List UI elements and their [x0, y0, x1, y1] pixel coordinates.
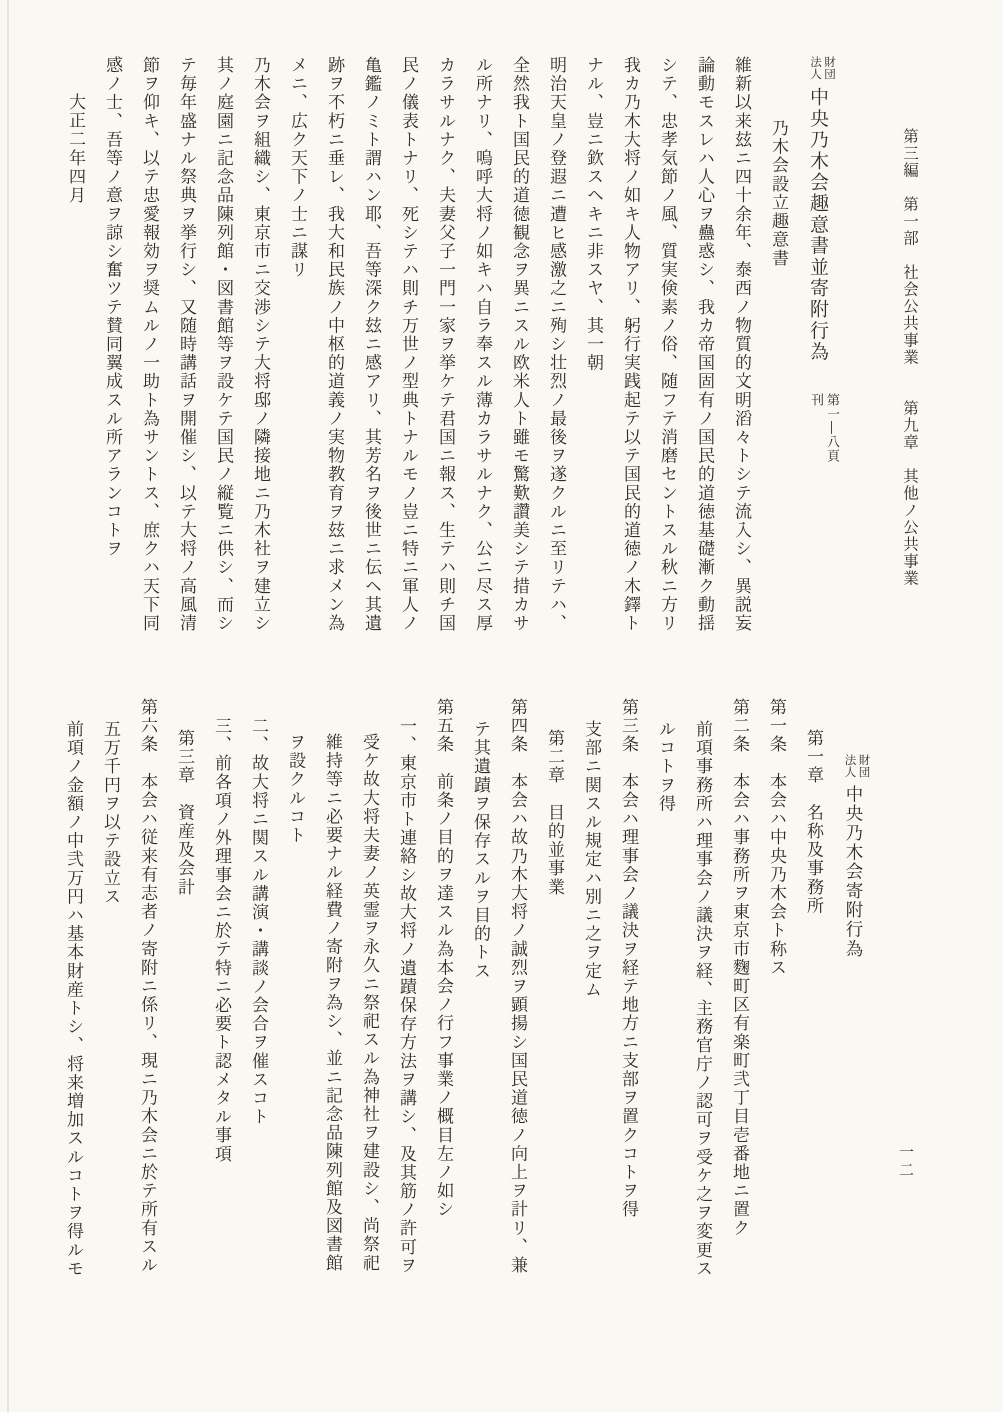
text-line: 第六条 本会ハ従来有志者ノ寄附ニ係リ、現ニ乃木会ニ於テ所有スル	[128, 698, 165, 1322]
page-number: 一二	[896, 1144, 917, 1180]
section-endowment: 財団 法人中央乃木会寄附行為 第一章 名称及事務所第一条 本会ハ中央乃木会ト称ス…	[54, 698, 875, 1322]
page-reference-note: 第一―八頁 刊	[807, 393, 839, 463]
text-line: 第五条 前条ノ目的ヲ達スル為本会ノ行フ事業ノ概目左ノ如シ	[424, 698, 461, 1322]
running-head: 第三編 第一部 社会公共事業 第九章 其他ノ公共事業	[899, 128, 921, 587]
text-line: 民ノ儀表トナリ、死シテハ則チ万世ノ型典トナルモノ豈ニ特ニ軍人ノ	[389, 56, 426, 662]
text-line: 第三章 資産及会計	[165, 698, 202, 1322]
text-line: 維新以来玆ニ四十余年、泰西ノ物質的文明滔々トシテ流入シ、異説妄	[722, 56, 759, 662]
prospectus-title: 中央乃木会趣意書並寄附行為	[807, 87, 829, 363]
text-line: 節ヲ仰キ、以テ忠愛報効ヲ奨ムルノ一助ト為サントス、庶クハ天下同	[130, 56, 167, 662]
text-line: 前項ノ金額ノ中弐万円ハ基本財産トシ、将来増加スルコトヲ得ルモ	[54, 698, 91, 1322]
text-line: 其ノ庭園ニ記念品陳列館・図書館等ヲ設ケテ国民ノ縦覧ニ供シ、而シ	[204, 56, 241, 662]
text-line: 第一章 名称及事務所	[794, 698, 831, 1322]
text-line: 感ノ士、吾等ノ意ヲ諒シ奮ツテ賛同翼成スル所アランコトヲ	[93, 56, 130, 662]
text-line: 受ケ故大将夫妻ノ英霊ヲ永久ニ祭祀スル為神社ヲ建設シ、尚祭祀	[350, 698, 387, 1322]
text-line: 第二章 目的並事業	[535, 698, 572, 1322]
text-line: 第二条 本会ハ事務所ヲ東京市麴町区有楽町弐丁目壱番地ニ置ク	[720, 698, 757, 1322]
scan-edge-shadow	[7, 0, 9, 1412]
text-line: 五万千円ヲ以テ設立ス	[91, 698, 128, 1322]
text-line: 大正二年四月	[56, 56, 93, 662]
corporate-form-label: 財団 法人	[809, 56, 837, 80]
section-prospectus: 財団 法人中央乃木会趣意書並寄附行為第一―八頁 刊 乃木会設立趣意書維新以来玆ニ…	[56, 56, 840, 662]
text-line: 亀鑑ノミト謂ハン耶、吾等深ク玆ニ感アリ、其芳名ヲ後世ニ伝ヘ其遺	[352, 56, 389, 662]
text-line: 支部ニ関スル規定ハ別ニ之ヲ定ム	[572, 698, 609, 1322]
text-line: ナル、豈ニ欽スヘキニ非スヤ、其一朝	[574, 56, 611, 662]
text-line: 第四条 本会ハ故乃木大将ノ誠烈ヲ顕揚シ国民道徳ノ向上ヲ計リ、兼	[498, 698, 535, 1322]
text-line: ヲ設クルコト	[276, 698, 313, 1322]
endowment-title-column: 財団 法人中央乃木会寄附行為	[831, 698, 875, 1322]
text-line: ル所ナリ、嗚呼大将ノ如キハ自ラ奉スル薄カラサルナク、公ニ尽ス厚	[463, 56, 500, 662]
text-line: カラサルナク、夫妻父子一門一家ヲ挙ケテ君国ニ報ス、生テハ則チ国	[426, 56, 463, 662]
text-line: 第三条 本会ハ理事会ノ議決ヲ経テ地方ニ支部ヲ置クコトヲ得	[609, 698, 646, 1322]
text-line: 我カ乃木大将ノ如キ人物アリ、躬行実践起テ以テ国民的道徳ノ木鐸ト	[611, 56, 648, 662]
text-line: ルコトヲ得	[646, 698, 683, 1322]
text-line: 前項事務所ハ理事会ノ議決ヲ経、主務官庁ノ認可ヲ受ケ之ヲ変更ス	[683, 698, 720, 1322]
document-page: 第三編 第一部 社会公共事業 第九章 其他ノ公共事業 一二 財団 法人中央乃木会…	[0, 0, 1003, 1412]
text-line: 一、東京市ト連絡シ故大将ノ遺蹟保存方法ヲ講シ、及其筋ノ許可ヲ	[387, 698, 424, 1322]
text-line: メニ、広ク天下ノ士ニ謀リ	[278, 56, 315, 662]
text-line: 跡ヲ不朽ニ垂レ、我大和民族ノ中枢的道義ノ実物教育ヲ玆ニ求メン為	[315, 56, 352, 662]
text-line: 維持等ニ必要ナル経費ノ寄附ヲ為シ、並ニ記念品陳列館及図書館	[313, 698, 350, 1322]
prospectus-title-column: 財団 法人中央乃木会趣意書並寄附行為第一―八頁 刊	[796, 56, 840, 662]
corporate-form-label: 財団 法人	[844, 754, 872, 778]
text-line: テ毎年盛ナル祭典ヲ挙行シ、又随時講話ヲ開催シ、以テ大将ノ高風清	[167, 56, 204, 662]
text-line: 明治天皇ノ登遐ニ遭ヒ感激之ニ殉シ壮烈ノ最後ヲ遂クルニ至リテハ、	[537, 56, 574, 662]
text-line: 二、故大将ニ関スル講演・講談ノ会合ヲ催スコト	[239, 698, 276, 1322]
text-line: シテ、忠孝気節ノ風、質実倹素ノ俗、随フテ消磨セントスル秋ニ方リ	[648, 56, 685, 662]
text-line: 全然我ト国民的道徳観念ヲ異ニスル欧米人ト雖モ驚歎讚美シテ措カサ	[500, 56, 537, 662]
text-line: 三、前各項ノ外理事会ニ於テ特ニ必要ト認メタル事項	[202, 698, 239, 1322]
endowment-title: 中央乃木会寄附行為	[843, 785, 863, 959]
text-line: 乃木会設立趣意書	[759, 56, 796, 662]
text-line: テ其遺蹟ヲ保存スルヲ目的トス	[461, 698, 498, 1322]
text-line: 論動モスレハ人心ヲ蠱惑シ、我カ帝国固有ノ国民的道徳基礎漸ク動揺	[685, 56, 722, 662]
text-line: 第一条 本会ハ中央乃木会ト称ス	[757, 698, 794, 1322]
text-line: 乃木会ヲ組織シ、東京市ニ交渉シテ大将邸ノ隣接地ニ乃木社ヲ建立シ	[241, 56, 278, 662]
